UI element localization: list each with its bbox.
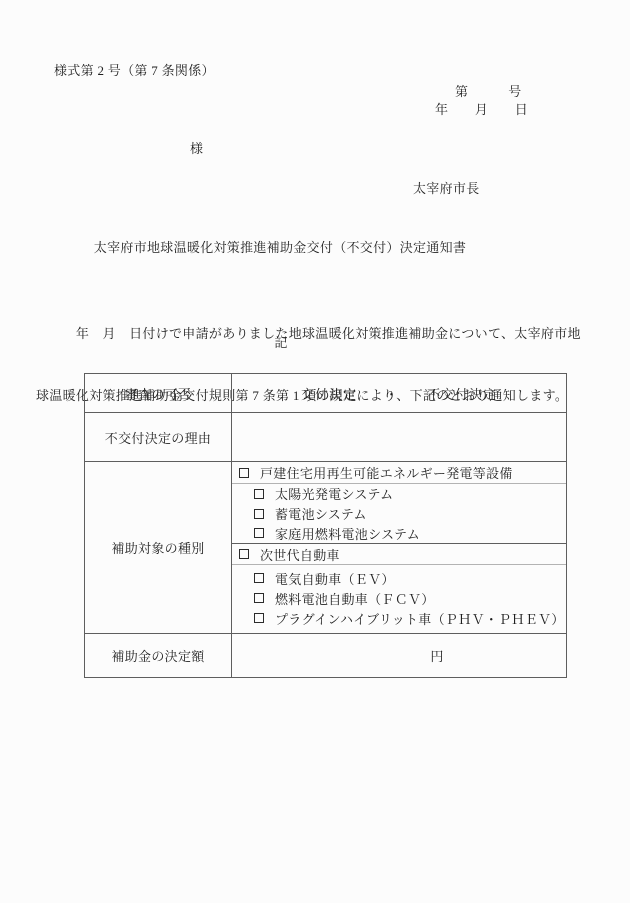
checkbox-icon [254, 489, 264, 499]
category-item-label: 太陽光発電システム [275, 484, 393, 503]
form-number: 様式第 2 号（第 7 条関係） [54, 63, 215, 79]
addressee-suffix: 様 [190, 141, 203, 157]
review-value: 交付決定 ・ 不交付決定 [301, 384, 497, 403]
issue-date: 年 月 日 [435, 102, 528, 118]
category-group-residential-items: 太陽光発電システム 蓄電池システム 家庭用燃料電池システム [232, 484, 566, 544]
category-group-residential: 戸建住宅用再生可能エネルギー発電等設備 [232, 462, 566, 484]
category-group-label: 次世代自動車 [260, 545, 340, 564]
category-item-label: 電気自動車（ＥＶ） [275, 569, 395, 588]
checkbox-icon [254, 613, 264, 623]
checkbox-icon [254, 509, 264, 519]
sender-title: 太宰府市長 [413, 181, 480, 197]
category-group-label: 戸建住宅用再生可能エネルギー発電等設備 [260, 463, 513, 482]
category-item-label: プラグインハイブリット車（ＰＨＶ・ＰＨＥＶ） [275, 609, 565, 628]
record-marker: 記 [0, 335, 562, 351]
category-item: 燃料電池自動車（ＦＣＶ） [232, 588, 566, 608]
table-row-category: 補助対象の種別 戸建住宅用再生可能エネルギー発電等設備 太陽光発電システム 蓄電… [85, 462, 566, 634]
decision-table: 審査の可否 交付決定 ・ 不交付決定 不交付決定の理由 補助対象の種別 戸建住宅… [84, 373, 567, 678]
review-label: 審査の可否 [85, 374, 232, 412]
category-item-label: 蓄電池システム [275, 504, 367, 523]
category-item: プラグインハイブリット車（ＰＨＶ・ＰＨＥＶ） [232, 608, 566, 628]
table-row-reason: 不交付決定の理由 [85, 413, 566, 462]
document-page: 様式第 2 号（第 7 条関係） 第 号 年 月 日 様 太宰府市長 太宰府市地… [0, 0, 630, 903]
category-item-label: 燃料電池自動車（ＦＣＶ） [275, 589, 435, 608]
checkbox-icon [254, 593, 264, 603]
checkbox-icon [239, 468, 249, 478]
issue-number: 第 号 [455, 84, 522, 100]
category-item: 太陽光発電システム [232, 484, 566, 504]
category-item: 蓄電池システム [232, 504, 566, 524]
category-group-vehicle: 次世代自動車 [232, 544, 566, 565]
amount-label: 補助金の決定額 [85, 634, 232, 677]
table-row-amount: 補助金の決定額 円 [85, 634, 566, 677]
category-label: 補助対象の種別 [85, 462, 232, 633]
reason-label: 不交付決定の理由 [85, 413, 232, 461]
category-item: 電気自動車（ＥＶ） [232, 568, 566, 588]
checkbox-icon [239, 549, 249, 559]
category-group-vehicle-items: 電気自動車（ＥＶ） 燃料電池自動車（ＦＣＶ） プラグインハイブリット車（ＰＨＶ・… [232, 565, 566, 633]
category-item: 家庭用燃料電池システム [232, 523, 566, 543]
checkbox-icon [254, 573, 264, 583]
document-title: 太宰府市地球温暖化対策推進補助金交付（不交付）決定通知書 [0, 240, 560, 256]
table-row-review: 審査の可否 交付決定 ・ 不交付決定 [85, 374, 566, 413]
amount-unit: 円 [430, 646, 443, 665]
category-item-label: 家庭用燃料電池システム [275, 524, 420, 543]
checkbox-icon [254, 528, 264, 538]
